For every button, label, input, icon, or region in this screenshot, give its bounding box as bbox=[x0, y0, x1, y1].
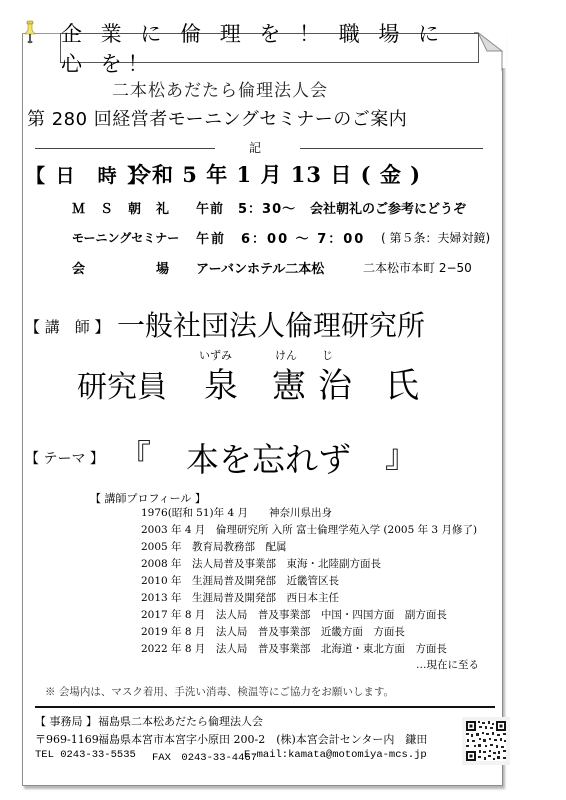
theme-open-bracket: 『 bbox=[119, 431, 151, 477]
event-title: 第 280 回経営者モーニングセミナーのご案内 bbox=[27, 105, 407, 131]
lecturer-name-given-1: 憲 bbox=[272, 358, 306, 407]
profile-item: 2003 年 4 月 倫理研究所 入所 富士倫理学苑入学 (2005 年 3 月… bbox=[141, 522, 477, 537]
organization-name: 二本松あだたら倫理法人会 bbox=[112, 76, 328, 101]
divider-left bbox=[35, 148, 215, 149]
venue-address: 二本松市本町 2−50 bbox=[363, 259, 472, 276]
venue-name: アーバンホテル二本松 bbox=[196, 258, 324, 277]
lecturer-name-family: 泉 bbox=[204, 358, 238, 407]
profile-item: 2010 年 生涯局普及開発部 近畿管区長 bbox=[141, 573, 339, 588]
pushpin-icon bbox=[20, 20, 40, 48]
ki-mark: 記 bbox=[249, 139, 261, 156]
schedule-note: ( 第５条：夫婦対鏡) bbox=[381, 229, 490, 246]
profile-item: 1976(昭和 51)年 4 月 神奈川県出身 bbox=[141, 505, 332, 520]
lecturer-label: 【 講 師 】 bbox=[25, 316, 110, 337]
theme-close-bracket: 』 bbox=[385, 431, 417, 477]
schedule-label: Ｍ Ｓ 朝 礼 bbox=[72, 198, 170, 217]
office-label: 【 事務局 】 bbox=[35, 713, 97, 729]
schedule-label: モーニングセミナー bbox=[72, 229, 179, 246]
profile-closing: …現在に至る bbox=[416, 657, 479, 672]
profile-item: 2022 年 8 月 法人局 普及事業部 北海道・東北方面 方面長 bbox=[141, 641, 447, 656]
theme-label: 【 テーマ 】 bbox=[25, 448, 104, 468]
profile-heading: 【 講師プロフィール 】 bbox=[90, 490, 206, 506]
postal-code: 〒969-1169 bbox=[35, 731, 99, 747]
theme-title: 本を忘れず bbox=[186, 434, 351, 481]
profile-item: 2005 年 教育局教務部 配属 bbox=[141, 539, 287, 554]
office-name: 福島県二本松あだたら倫理法人会 bbox=[98, 713, 263, 729]
profile-item: 2008 年 法人局普及事業部 東海・北陸副方面長 bbox=[141, 556, 381, 571]
flyer-sheet bbox=[22, 33, 503, 786]
telephone: TEL 0243-33-5535 bbox=[35, 749, 136, 761]
schedule-note: 会社朝礼のご参考にどうぞ bbox=[310, 198, 466, 217]
office-address: 福島県本宮市本宮字小原田 200-2 (株)本宮会計センター内 鎌田 bbox=[98, 731, 427, 747]
divider-right bbox=[300, 148, 483, 149]
lecturer-title: 研究員 bbox=[77, 362, 167, 406]
profile-item: 2019 年 8 月 法人局 普及事業部 近畿方面 方面長 bbox=[141, 624, 405, 639]
qr-code-icon[interactable] bbox=[462, 717, 510, 765]
datetime-value: 令和 5 年 1 月 13 日 ( 金 ) bbox=[130, 159, 421, 189]
slogan-text: 企 業 に 倫 理 を ！ 職 場 に 心 を！ bbox=[61, 18, 478, 78]
schedule-time: 午前 6：00 ～ 7：00 bbox=[196, 228, 365, 247]
lecturer-honorific: 氏 bbox=[385, 358, 419, 407]
health-notice: ※ 会場内は、マスク着用、手洗い消毒、検温等にご協力をお願いします。 bbox=[45, 684, 394, 699]
email-link[interactable]: E-mail:kamata@motomiya-mcs.jp bbox=[244, 749, 427, 761]
schedule-time: 午前 5：30～ bbox=[196, 198, 296, 217]
fax: FAX 0243-33-4467 bbox=[152, 749, 257, 764]
lecturer-name-given-2: 治 bbox=[318, 358, 352, 407]
slogan-banner: 企 業 に 倫 理 を ！ 職 場 に 心 を！ bbox=[60, 33, 479, 63]
profile-item: 2017 年 8 月 法人局 普及事業部 中国・四国方面 副方面長 bbox=[141, 607, 447, 622]
footer-divider bbox=[35, 706, 495, 708]
profile-item: 2013 年 生涯局普及開発部 西日本主任 bbox=[141, 590, 339, 605]
schedule-label: 会 場 bbox=[72, 258, 170, 277]
lecturer-institute: 一般社団法人倫理研究所 bbox=[117, 304, 425, 344]
